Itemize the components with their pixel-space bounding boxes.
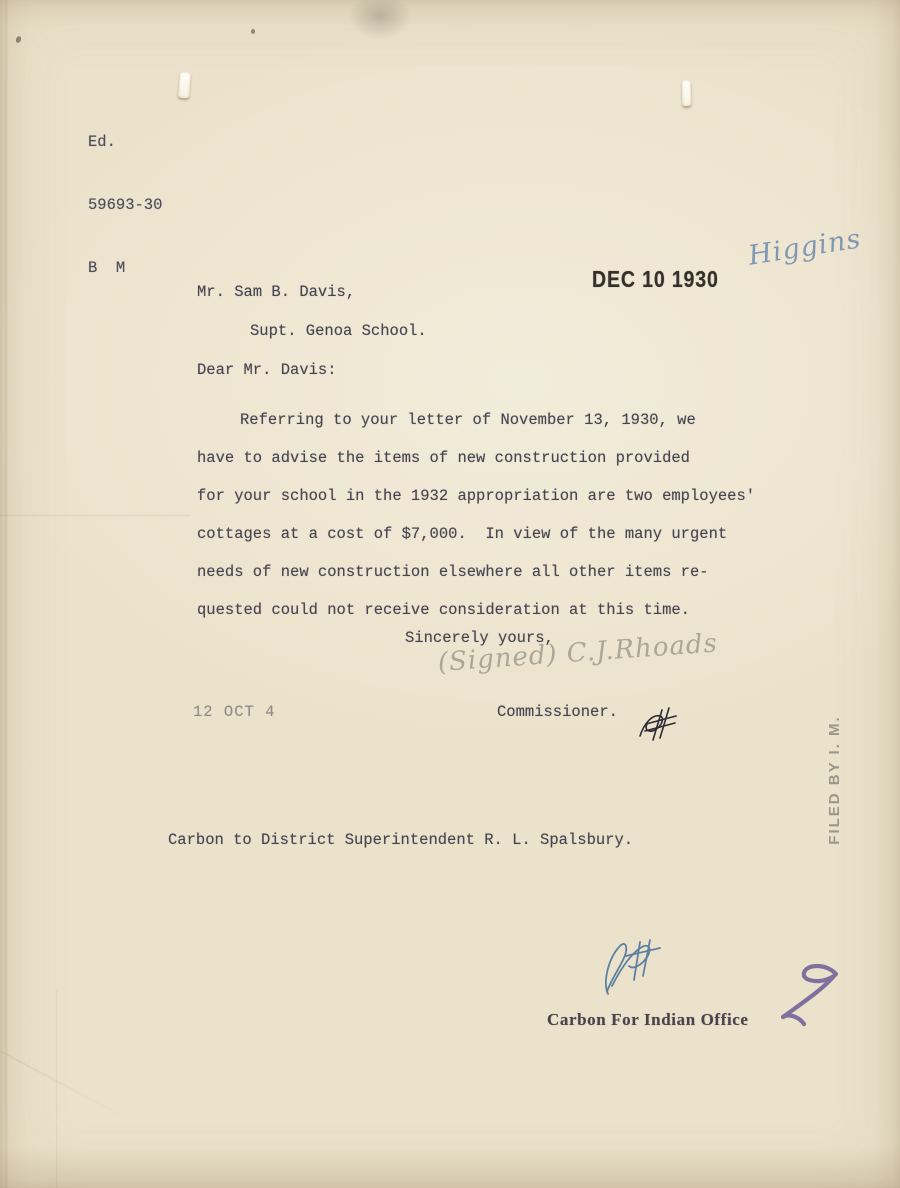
typist-code: 12 OCT 4: [193, 703, 275, 721]
ink-speck: [251, 29, 255, 34]
staple-hole-right: [682, 80, 692, 106]
body-line: needs of new construction elsewhere all …: [197, 553, 827, 591]
handwritten-numeral-2: [770, 958, 848, 1030]
body-line: have to advise the items of new construc…: [197, 439, 827, 477]
file-reference-line: 59693-30: [88, 195, 162, 216]
handwritten-initials-mark: [636, 704, 680, 744]
file-reference-block: Ed. 59693-30 B M: [88, 90, 162, 321]
paper-crease-middle-left: [0, 514, 190, 517]
signer-title: Commissioner.: [497, 703, 618, 721]
body-line: cottages at a cost of $7,000. In view of…: [197, 515, 827, 553]
staple-hole-left: [178, 72, 191, 99]
file-reference-line: B M: [88, 258, 162, 279]
recipient-title: Supt. Genoa School.: [250, 322, 427, 340]
date-received-stamp: DEC 10 1930: [592, 266, 719, 293]
handwritten-reviewer-name: Higgins: [746, 223, 863, 271]
body-line: quested could not receive consideration …: [197, 591, 827, 629]
handwritten-initials-scribble: [596, 936, 666, 998]
carbon-copy-note: Carbon to District Superintendent R. L. …: [168, 831, 633, 849]
paper-crease-bottom-left: [56, 990, 58, 1188]
paper-crease-diagonal: [0, 1050, 133, 1122]
letter-body: Referring to your letter of November 13,…: [197, 401, 827, 629]
body-line: for your school in the 1932 appropriatio…: [197, 477, 827, 515]
ink-speck: [15, 35, 22, 43]
file-reference-line: Ed.: [88, 132, 162, 153]
body-line: Referring to your letter of November 13,…: [197, 401, 827, 439]
filed-by-stamp: FILED BY I. M.: [826, 694, 850, 866]
recipient-name: Mr. Sam B. Davis,: [197, 283, 355, 301]
carbon-for-indian-office-stamp: Carbon For Indian Office: [547, 1010, 749, 1030]
scanned-letter-page: Ed. 59693-30 B M DEC 10 1930 Higgins Mr.…: [0, 0, 900, 1188]
salutation: Dear Mr. Davis:: [197, 361, 337, 379]
paper-crease-left-edge: [5, 0, 8, 1188]
top-edge-smudge: [348, 0, 412, 40]
